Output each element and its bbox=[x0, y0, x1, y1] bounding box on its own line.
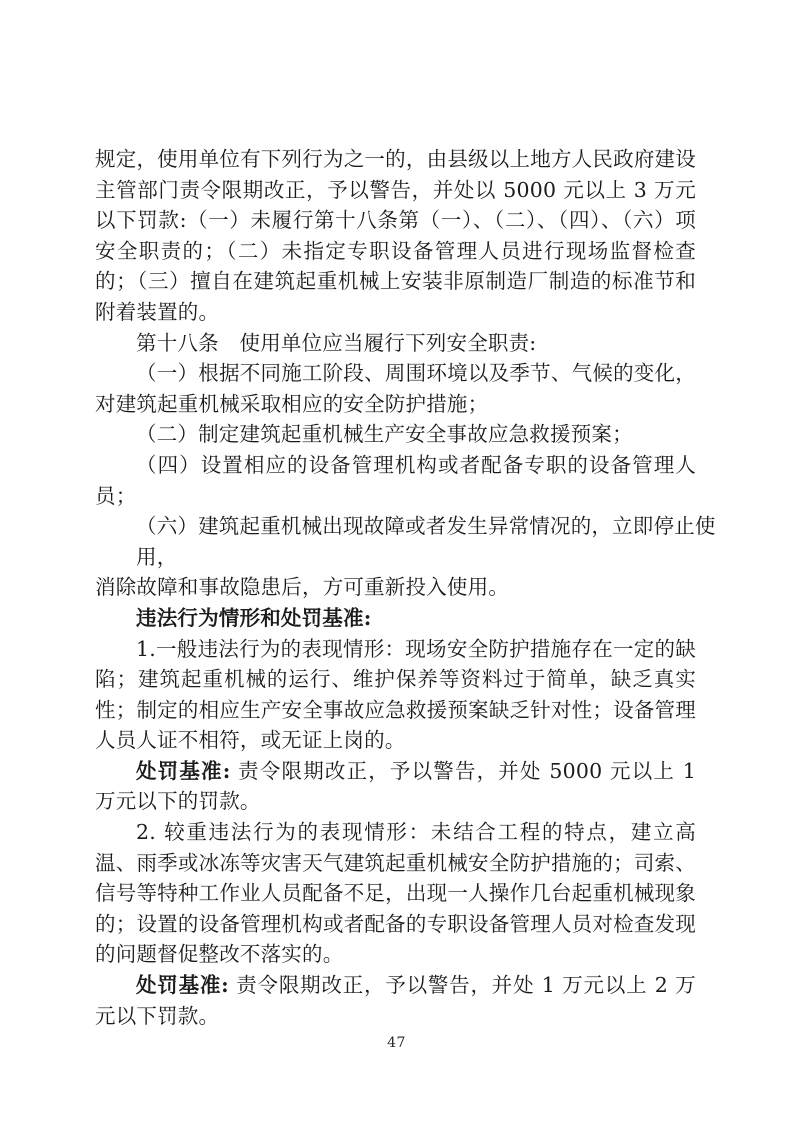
document-body: 规定，使用单位有下列行为之一的，由县级以上地方人民政府建设主管部门责令限期改正，… bbox=[95, 144, 696, 1031]
paragraph: （六）建筑起重机械出现故障或者发生异常情况的，立即停止使 bbox=[95, 511, 696, 542]
paragraph: （四）设置相应的设备管理机构或者配备专职的设备管理人员； bbox=[95, 450, 696, 511]
penalty-label: 处罚基准: bbox=[136, 759, 230, 783]
paragraph: 第十八条 使用单位应当履行下列安全职责: bbox=[95, 328, 696, 359]
paragraph: 2. 较重违法行为的表现情形：未结合工程的特点，建立高温、雨季或冰冻等灾害天气建… bbox=[95, 817, 696, 970]
document-page: 规定，使用单位有下列行为之一的，由县级以上地方人民政府建设主管部门责令限期改正，… bbox=[0, 0, 793, 1122]
penalty-label: 处罚基准: bbox=[136, 973, 229, 997]
paragraph: 用， bbox=[95, 542, 696, 573]
paragraph: 处罚基准: 责令限期改正，予以警告，并处 1 万元以上 2 万元以下罚款。 bbox=[95, 970, 696, 1031]
page-number: 47 bbox=[0, 1035, 793, 1051]
paragraph: 1.一般违法行为的表现情形：现场安全防护措施存在一定的缺陷；建筑起重机械的运行、… bbox=[95, 634, 696, 756]
paragraph: （二）制定建筑起重机械生产安全事故应急救援预案； bbox=[95, 419, 696, 450]
paragraph: 规定，使用单位有下列行为之一的，由县级以上地方人民政府建设主管部门责令限期改正，… bbox=[95, 144, 696, 328]
paragraph: 违法行为情形和处罚基准: bbox=[95, 603, 696, 634]
paragraph: 处罚基准: 责令限期改正，予以警告，并处 5000 元以上 1 万元以下的罚款。 bbox=[95, 756, 696, 817]
paragraph: （一）根据不同施工阶段、周围环境以及季节、气候的变化，对建筑起重机械采取相应的安… bbox=[95, 358, 696, 419]
paragraph: 消除故障和事故隐患后，方可重新投入使用。 bbox=[95, 572, 696, 603]
